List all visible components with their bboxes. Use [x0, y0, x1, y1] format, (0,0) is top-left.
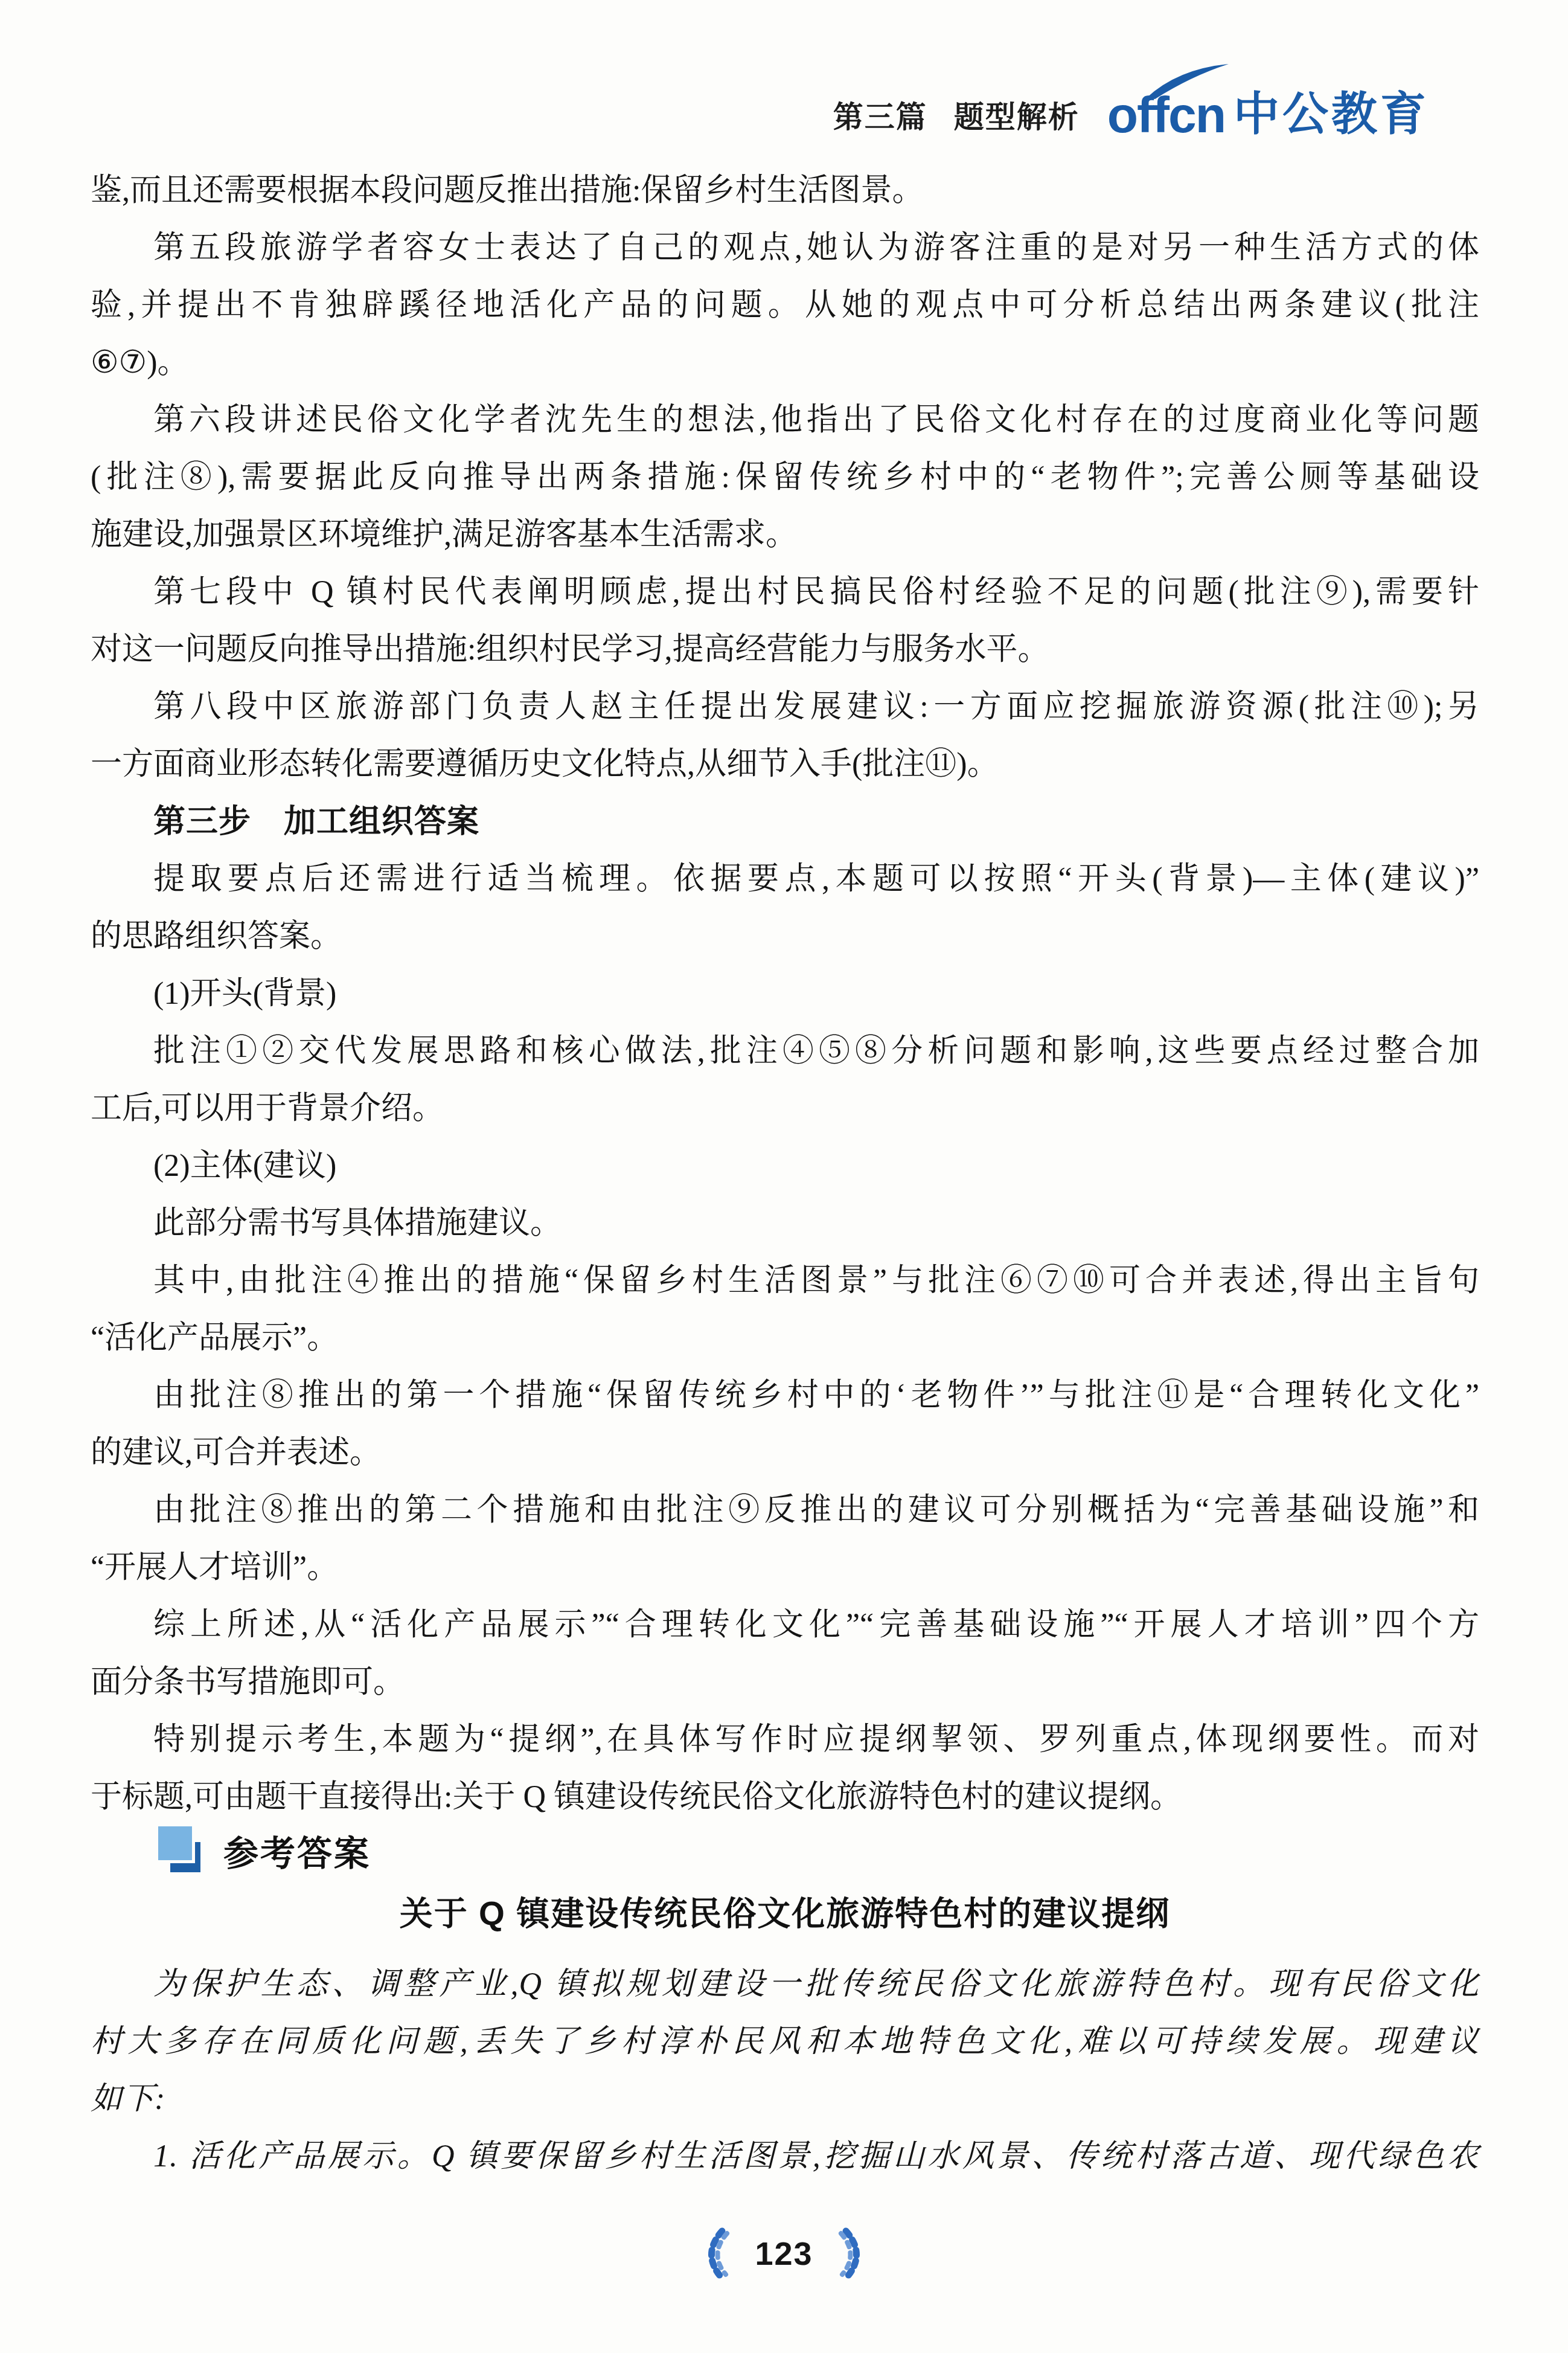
text-line: 其中,由批注④推出的措施“保留乡村生活图景”与批注⑥⑦⑩可合并表述,得出主旨句	[91, 1252, 1479, 1309]
text-line: 由批注⑧推出的第一个措施“保留传统乡村中的‘老物件’”与批注⑪是“合理转化文化”	[91, 1367, 1479, 1424]
text-line: 特别提示考生,本题为“提纲”,在具体写作时应提纲挈领、罗列重点,体现纲要性。而对	[91, 1711, 1479, 1768]
text-line: “活化产品展示”。	[91, 1309, 1479, 1367]
text-line: 工后,可以用于背景介绍。	[91, 1080, 1479, 1137]
text-line: 提取要点后还需进行适当梳理。依据要点,本题可以按照“开头(背景)—主体(建议)”	[91, 850, 1479, 908]
book-page: 第三篇 题型解析 offcn 中公教育 鉴,而且还需要根据本段问题反推出措施:保…	[0, 0, 1568, 2353]
offcn-logo: offcn 中公教育	[1107, 89, 1429, 140]
text-line: 对这一问题反向推导出措施:组织村民学习,提高经营能力与服务水平。	[91, 621, 1479, 678]
text-line: 批注①②交代发展思路和核心做法,批注④⑤⑧分析问题和影响,这些要点经过整合加	[91, 1022, 1479, 1080]
text-line: 面分条书写措施即可。	[91, 1654, 1479, 1711]
text-line: 第八段中区旅游部门负责人赵主任提出发展建议:一方面应挖掘旅游资源(批注⑩);另	[91, 678, 1479, 736]
text-line: 的思路组织答案。	[91, 908, 1479, 965]
page-number: 123	[755, 2235, 813, 2273]
text-line: 施建设,加强景区环境维护,满足游客基本生活需求。	[91, 506, 1479, 563]
text-line: 第三步 加工组织答案	[91, 793, 1479, 850]
answer-outline-title: 关于 Q 镇建设传统民俗文化旅游特色村的建议提纲	[91, 1889, 1479, 1937]
text-line: 1. 活化产品展示。Q 镇要保留乡村生活图景,挖掘山水风景、传统村落古道、现代绿…	[91, 2128, 1479, 2185]
text-line: 一方面商业形态转化需要遵循历史文化特点,从细节入手(批注⑪)。	[91, 736, 1479, 793]
text-line: 综上所述,从“活化产品展示”“合理转化文化”“完善基础设施”“开展人才培训”四个…	[91, 1596, 1479, 1654]
text-line: 验,并提出不肯独辟蹊径地活化产品的问题。从她的观点中可分析总结出两条建议(批注	[91, 277, 1479, 334]
text-line: ⑥⑦)。	[91, 334, 1479, 391]
text-line: 第七段中 Q 镇村民代表阐明顾虑,提出村民搞民俗村经验不足的问题(批注⑨),需要…	[91, 563, 1479, 621]
text-line: 为保护生态、调整产业,Q 镇拟规划建设一批传统民俗文化旅游特色村。现有民俗文化	[91, 1956, 1479, 2013]
text-line: (1)开头(背景)	[91, 965, 1479, 1022]
page-header: 第三篇 题型解析 offcn 中公教育	[833, 89, 1429, 140]
header-part-title: 题型解析	[954, 93, 1080, 136]
text-line: 由批注⑧推出的第二个措施和由批注⑨反推出的建议可分别概括为“完善基础设施”和	[91, 1481, 1479, 1539]
text-line: 村大多存在同质化问题,丢失了乡村淳朴民风和本地特色文化,难以可持续发展。现建议	[91, 2013, 1479, 2070]
text-line: 此部分需书写具体措施建议。	[91, 1195, 1479, 1252]
text-line: 的建议,可合并表述。	[91, 1424, 1479, 1481]
text-line: 于标题,可由题干直接得出:关于 Q 镇建设传统民俗文化旅游特色村的建议提纲。	[91, 1768, 1479, 1826]
laurel-right-icon	[836, 2227, 874, 2281]
light-square	[158, 1826, 192, 1860]
reference-answer-heading: 参考答案	[158, 1825, 371, 1876]
header-part-number: 第三篇	[833, 93, 927, 136]
text-line: (批注⑧),需要据此反向推导出两条措施:保留传统乡村中的“老物件”;完善公厕等基…	[91, 449, 1479, 506]
reference-answer-label: 参考答案	[223, 1825, 371, 1876]
text-line: (2)主体(建议)	[91, 1137, 1479, 1195]
answer-text-block: 为保护生态、调整产业,Q 镇拟规划建设一批传统民俗文化旅游特色村。现有民俗文化村…	[91, 1956, 1479, 2185]
analysis-text-block: 鉴,而且还需要根据本段问题反推出措施:保留乡村生活图景。第五段旅游学者容女士表达…	[91, 162, 1479, 1826]
logo-swoosh-icon	[1143, 63, 1234, 100]
text-line: 第六段讲述民俗文化学者沈先生的想法,他指出了民俗文化村存在的过度商业化等问题	[91, 391, 1479, 449]
page-footer: 123	[0, 2227, 1568, 2281]
text-line: “开展人才培训”。	[91, 1539, 1479, 1596]
text-line: 鉴,而且还需要根据本段问题反推出措施:保留乡村生活图景。	[91, 162, 1479, 219]
answer-squares-icon	[158, 1826, 205, 1875]
header-section: 第三篇 题型解析	[833, 93, 1080, 136]
text-line: 第五段旅游学者容女士表达了自己的观点,她认为游客注重的是对另一种生活方式的体	[91, 219, 1479, 277]
brand-name: 中公教育	[1234, 89, 1429, 140]
text-line: 如下:	[91, 2070, 1479, 2128]
offcn-logo-word: offcn	[1107, 89, 1225, 140]
laurel-left-icon	[694, 2227, 732, 2281]
